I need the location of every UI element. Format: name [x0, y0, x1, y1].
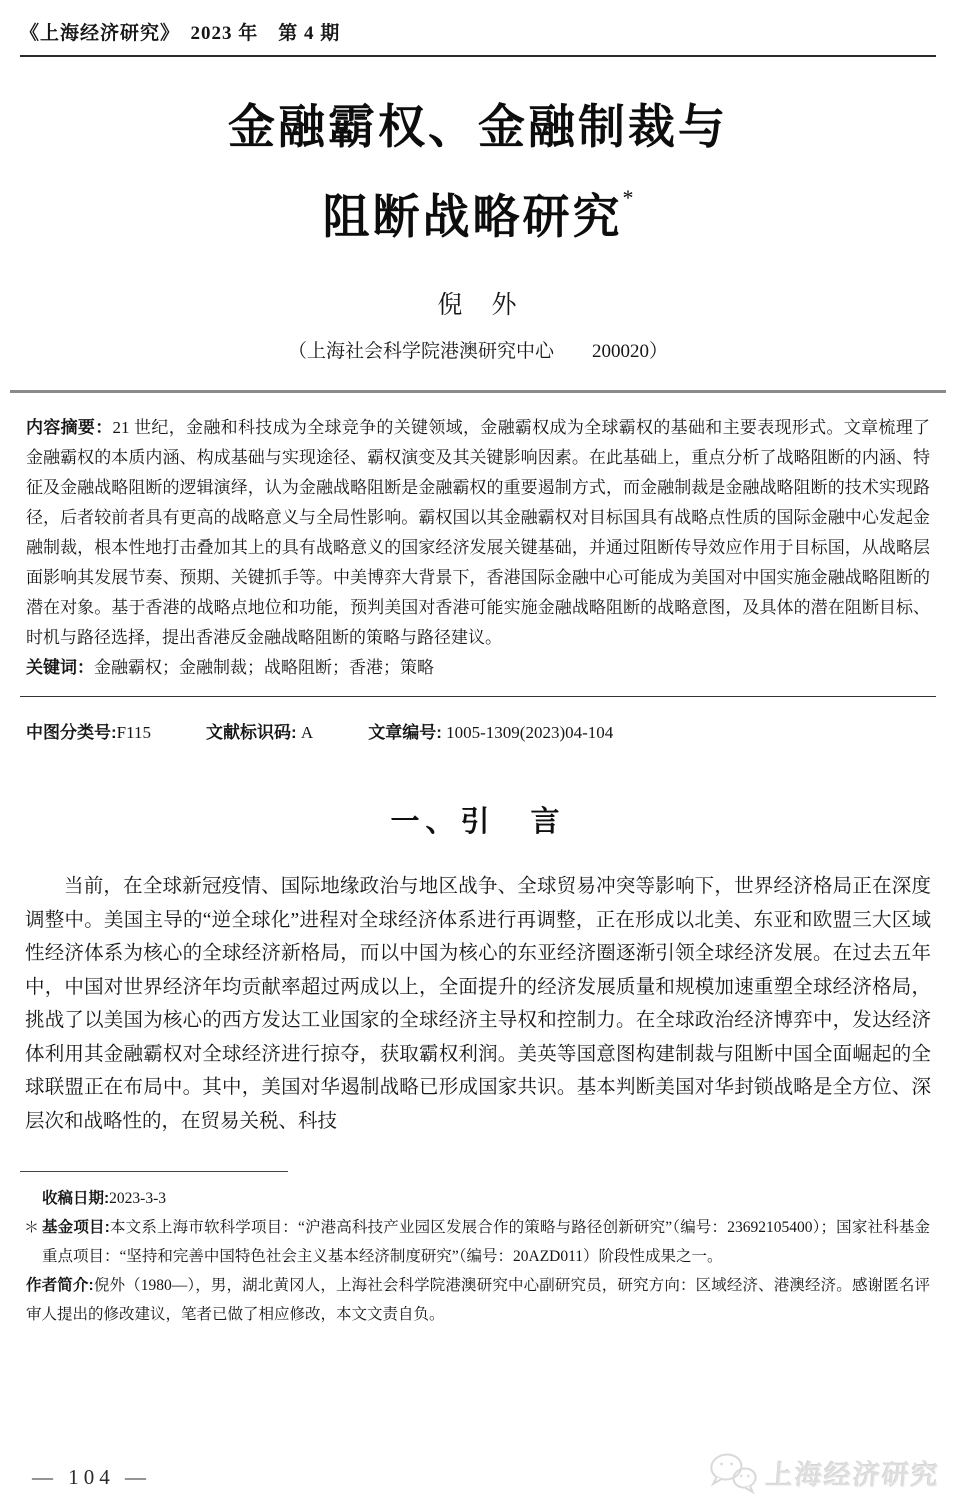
- footnotes: 收稿日期:2023-3-3 ＊基金项目:本文系上海市软科学项目：“沪港高科技产业…: [26, 1184, 930, 1329]
- wechat-logo-icon: [705, 1450, 760, 1494]
- article-title: 金融霸权、金融制裁与 阻断战略研究*: [0, 93, 956, 253]
- section-heading-introduction: 一、引 言: [0, 799, 956, 840]
- article-title-line2: 阻断战略研究: [323, 192, 623, 244]
- footnote-divider: [20, 1171, 288, 1172]
- article-id: 文章编号: 1005-1309(2023)04-104: [368, 718, 613, 743]
- received-date-value: 2023-3-3: [109, 1190, 166, 1207]
- article-id-label: 文章编号:: [368, 723, 442, 742]
- doc-code: 文献标识码: A: [206, 718, 313, 743]
- funding-label: 基金项目:: [42, 1219, 110, 1236]
- received-date: 收稿日期:2023-3-3: [26, 1184, 930, 1213]
- keywords-label: 关键词：: [26, 658, 94, 677]
- keywords-text: 金融霸权；金融制裁；战略阻断；香港；策略: [94, 658, 434, 677]
- journal-issue-text: 《上海经济研究》 2023 年 第 4 期: [20, 23, 340, 44]
- author-bio-text: 倪外（1980—），男，湖北黄冈人，上海社会科学院港澳研究中心副研究员，研究方向…: [26, 1277, 930, 1323]
- article-id-value: 1005-1309(2023)04-104: [446, 723, 613, 742]
- header-divider: [20, 55, 936, 57]
- abstract: 内容摘要：21 世纪，金融和科技成为全球竞争的关键领域，金融霸权成为全球霸权的基…: [26, 413, 930, 653]
- doc-code-value: A: [301, 723, 313, 742]
- received-date-label: 收稿日期:: [42, 1190, 109, 1207]
- introduction-paragraph: 当前，在全球新冠疫情、国际地缘政治与地区战争、全球贸易冲突等影响下，世界经济格局…: [25, 870, 931, 1138]
- funding-text: 本文系上海市软科学项目：“沪港高科技产业园区发展合作的策略与路径创新研究”（编号…: [42, 1219, 930, 1265]
- paper-page: 《上海经济研究》 2023 年 第 4 期 金融霸权、金融制裁与 阻断战略研究*…: [0, 0, 956, 1506]
- funding-asterisk: ＊: [24, 1214, 39, 1243]
- article-meta: 中图分类号:F115 文献标识码: A 文章编号: 1005-1309(2023…: [26, 718, 930, 743]
- doc-code-label: 文献标识码:: [206, 723, 297, 742]
- author-affiliation: （上海社会科学院港澳研究中心 200020）: [0, 336, 956, 363]
- clc-label: 中图分类号:: [26, 723, 117, 742]
- title-footnote-mark: *: [623, 185, 634, 210]
- keywords: 关键词：金融霸权；金融制裁；战略阻断；香港；策略: [26, 653, 930, 683]
- author-bio: 作者简介:倪外（1980—），男，湖北黄冈人，上海社会科学院港澳研究中心副研究员…: [26, 1271, 930, 1329]
- page-number: — 104 —: [32, 1465, 151, 1490]
- author-bio-label: 作者简介:: [26, 1277, 94, 1294]
- author-name: 倪 外: [0, 285, 956, 321]
- journal-header: 《上海经济研究》 2023 年 第 4 期: [0, 0, 956, 55]
- abstract-text: 21 世纪，金融和科技成为全球竞争的关键领域，金融霸权成为全球霸权的基础和主要表…: [26, 418, 930, 647]
- abstract-top-divider: [10, 390, 946, 393]
- watermark-text: 上海经济研究: [765, 1453, 942, 1492]
- article-title-line1: 金融霸权、金融制裁与: [228, 102, 728, 154]
- clc-number: 中图分类号:F115: [26, 718, 151, 743]
- keywords-bottom-divider: [20, 696, 936, 697]
- clc-value: F115: [117, 723, 151, 742]
- journal-watermark: 上海经济研究: [705, 1450, 941, 1494]
- abstract-label: 内容摘要：: [26, 418, 113, 437]
- funding-note: ＊基金项目:本文系上海市软科学项目：“沪港高科技产业园区发展合作的策略与路径创新…: [26, 1213, 930, 1271]
